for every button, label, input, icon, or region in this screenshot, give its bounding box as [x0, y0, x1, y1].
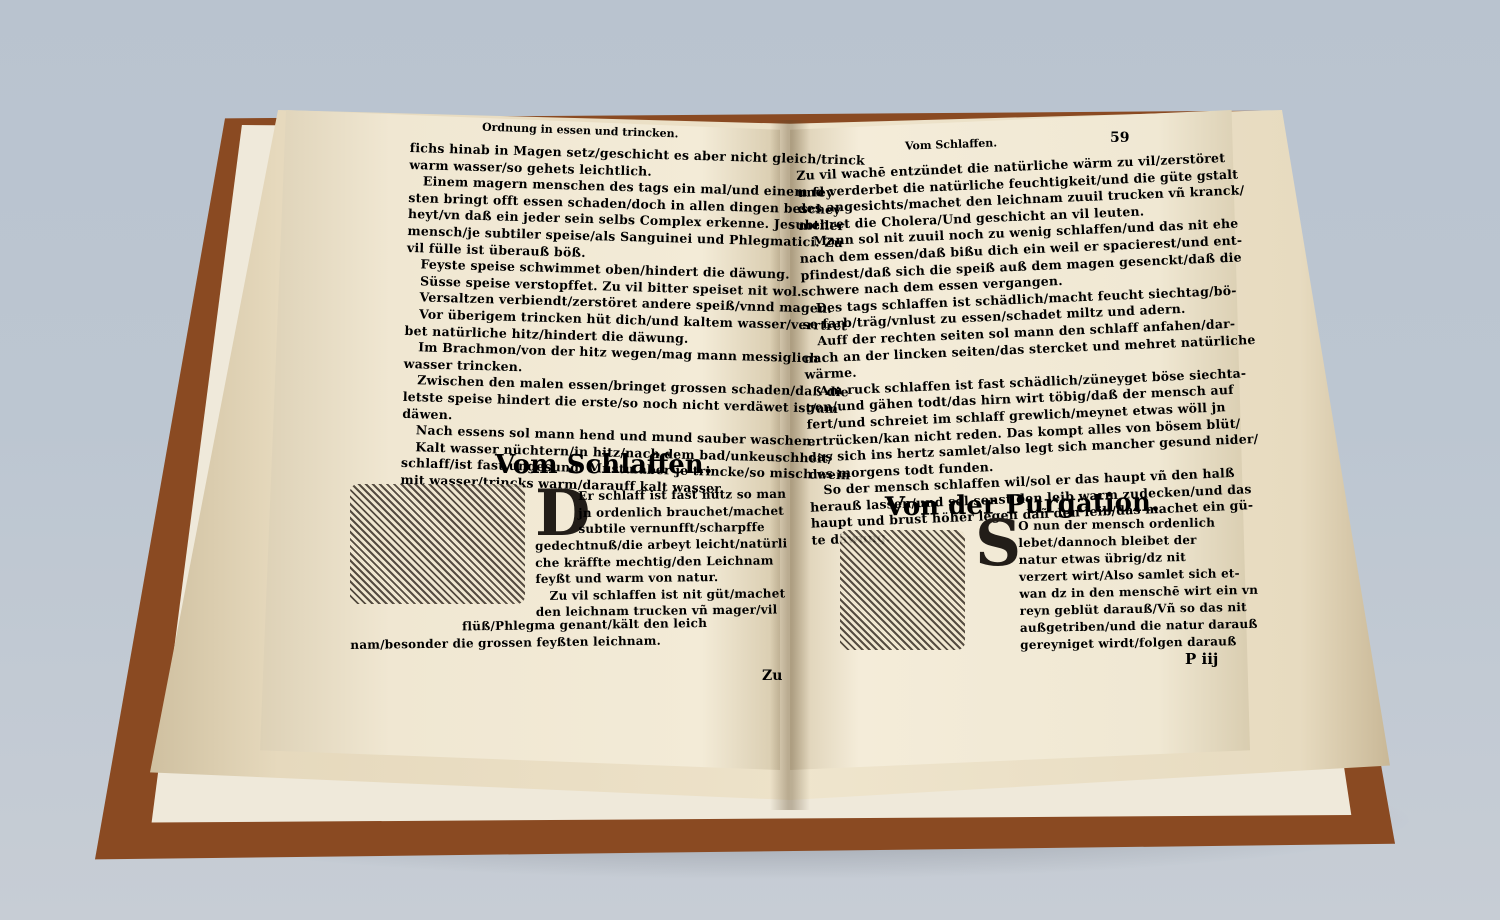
left-section-heading: Vom Schlaffen. — [495, 450, 713, 480]
book-photo: Ordnung in essen und trincken. fichs hin… — [0, 0, 1500, 920]
signature-mark: P iij — [1185, 650, 1218, 668]
left-section-body: Er schlaff ist fast nütz so man jn orden… — [578, 486, 787, 538]
left-catchword: Zu — [762, 668, 782, 684]
text-line: che kräffte mechtig/den Leichnam — [535, 552, 787, 571]
left-section-body-3: flüß/Phlegma genant/kält den leich nam/b… — [350, 615, 707, 653]
text-line: gedechtnuß/die arbeyt leicht/natürli — [535, 535, 787, 554]
sleeping-figure-woodcut — [350, 484, 525, 604]
page-number: 59 — [1110, 130, 1129, 146]
left-section-body-2: gedechtnuß/die arbeyt leicht/natürli che… — [535, 535, 788, 620]
left-page-body: fichs hinab in Magen setz/geschicht es a… — [400, 140, 865, 501]
seated-figure-woodcut — [840, 530, 965, 650]
right-section-body: O nun der mensch ordenlich lebet/dannoch… — [1018, 514, 1259, 654]
drop-cap-s: S — [975, 512, 1021, 576]
text-line: Er schlaff ist fast nütz so man — [578, 486, 786, 505]
